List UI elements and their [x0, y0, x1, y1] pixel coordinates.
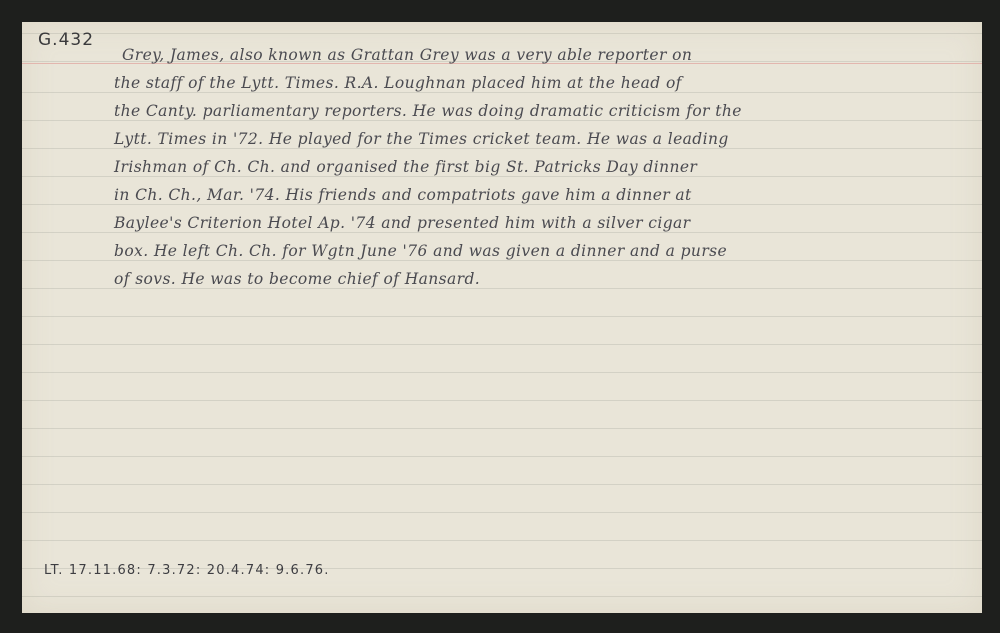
source-references: LT. 17.11.68: 7.3.72: 20.4.74: 9.6.76.	[44, 563, 330, 578]
text-line: Baylee's Criterion Hotel Ap. '74 and pre…	[114, 209, 964, 237]
text-line: Irishman of Ch. Ch. and organised the fi…	[114, 153, 964, 181]
text-line: in Ch. Ch., Mar. '74. His friends and co…	[114, 181, 964, 209]
text-line: the staff of the Lytt. Times. R.A. Lough…	[114, 69, 964, 97]
text-line: of sovs. He was to become chief of Hansa…	[114, 265, 964, 293]
reference-number: G.432	[38, 30, 94, 50]
text-line: Grey, James, also known as Grattan Grey …	[114, 41, 964, 69]
text-line: Lytt. Times in '72. He played for the Ti…	[114, 125, 964, 153]
text-line: the Canty. parliamentary reporters. He w…	[114, 97, 964, 125]
index-card: G.432 Grey, James, also known as Grattan…	[22, 22, 982, 613]
card-body-text: Grey, James, also known as Grattan Grey …	[114, 41, 964, 293]
text-line: box. He left Ch. Ch. for Wgtn June '76 a…	[114, 237, 964, 265]
